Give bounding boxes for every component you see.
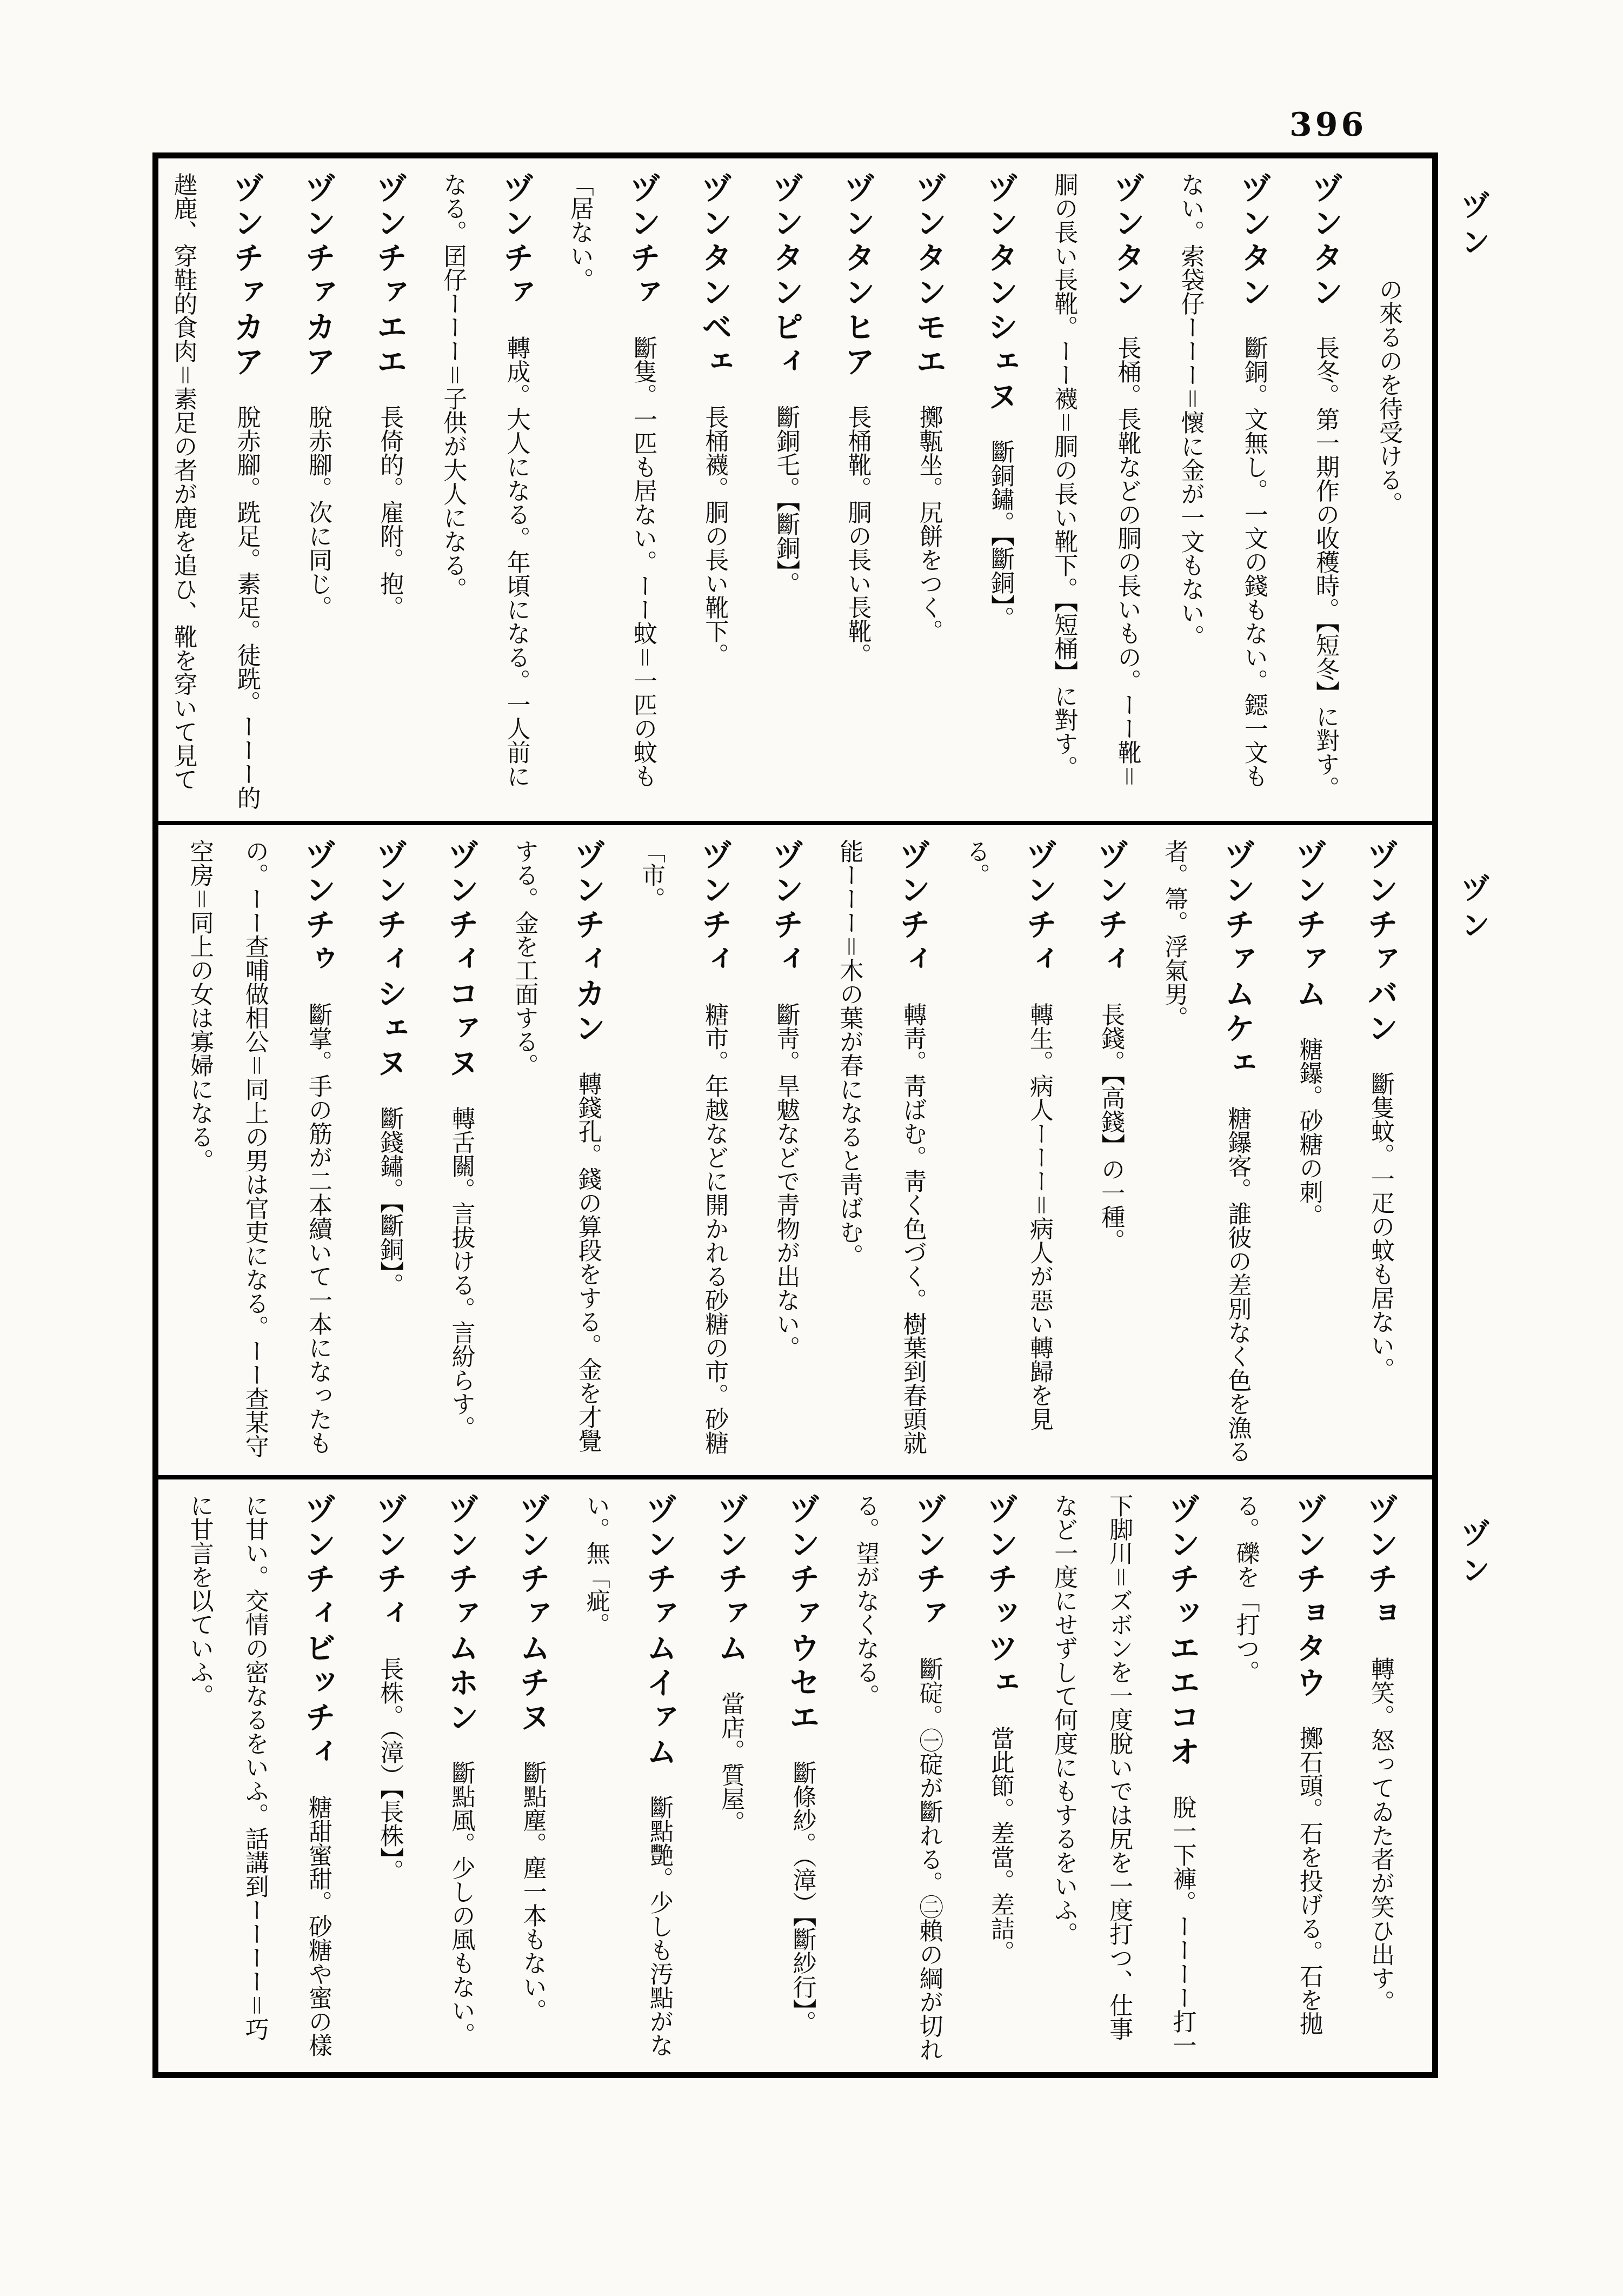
entry-definition: 擲甎坐。尻餅をつく。	[915, 405, 943, 643]
entry-headword: ヅンチァ	[498, 172, 534, 311]
entry-headword: ヅンチァエエ	[371, 172, 407, 380]
dictionary-entry: ヅンチァ斷碇。㊀碇が斷れる。㊁賴の綱が切れる。望がなくなる。	[838, 1494, 965, 2061]
entry-headword: ヅンタンヒア	[840, 172, 875, 380]
entry-headword: ヅンタン	[1307, 172, 1343, 311]
entry-headword: ヅンチィ	[1021, 839, 1057, 978]
entry-definition: 斷銅乇。【斷銅】。	[772, 405, 800, 595]
dictionary-entry: ヅンタン斷銅。文無し。一文の錢もない。鐚一文もない。索袋仔ーーー＝懷に金が一文も…	[1162, 172, 1289, 810]
entry-definition: 斷銅鏽。【斷銅】。	[987, 440, 1014, 630]
dictionary-entry: ヅンチァムホン斷點風。少しの風もない。	[425, 1494, 496, 2061]
entry-headword: ヅンチァ	[911, 1494, 947, 1632]
entry-headword: ヅンチゥ	[300, 839, 336, 978]
dictionary-entry: ヅンチァ轉成。大人になる。年頃になる。一人前になる。囝仔ーーー＝子供が大人になる…	[425, 172, 551, 810]
dictionary-section-bottom: ヅンチョ轉笑。怒ってゐた者が笑ひ出す。ヅンチョタウ擲石頭。石を投げる。石を拋る。…	[158, 1475, 1432, 2072]
dictionary-entry: ヅンチィ糖市。年越などに開かれる砂糖の市。砂糖「市。	[623, 839, 750, 1464]
entry-definition: 脫赤腳。次に同じ。	[304, 405, 332, 619]
entry-headword: ヅンタンシェヌ	[982, 172, 1018, 415]
dictionary-entry: ヅンチィ轉生。病人ーーー＝病人が惡い轉歸を見る。	[948, 839, 1075, 1464]
dictionary-entry: ヅンチィ轉靑。靑ばむ。靑く色づく。樹葉到春頭就能ーーー＝木の葉が春になると靑ばむ…	[821, 839, 948, 1464]
dictionary-entry: ヅンチァカア脫赤腳。跣足。素足。徒跣。ーーー的趖鹿、穿鞋的食肉＝素足の者が鹿を追…	[158, 172, 282, 810]
dictionary-entry: ヅンチョタウ擲石頭。石を投げる。石を拋る。礫を「打つ。	[1218, 1494, 1344, 2061]
margin-guide-bottom: ヅン	[1451, 1518, 1494, 1592]
entry-headword: ヅンチァムイァム	[641, 1494, 677, 1770]
entry-definition: 糖鑤。砂糖の刺。	[1295, 1037, 1323, 1227]
entry-definition: 當店。質屋。	[717, 1691, 744, 1834]
dictionary-entry: ヅンチィコァヌ轉舌關。言拔ける。言紛らす。	[425, 839, 496, 1464]
dictionary-entry: ヅンチィ斷靑。旱魃などで靑物が出ない。	[750, 839, 821, 1464]
entry-headword: ヅンチァカア	[300, 172, 336, 380]
dictionary-entry: ヅンタンモエ擲甎坐。尻餅をつく。	[893, 172, 965, 810]
dictionary-entry: ヅンチァエエ長倚的。雇附。抱。	[354, 172, 425, 810]
entry-headword: ヅンチァムホン	[443, 1494, 479, 1736]
entry-definition: 斷點風。少しの風もない。	[448, 1761, 475, 2046]
entry-headword: ヅンチィビッチィ	[300, 1494, 336, 1770]
entry-headword: ヅンチァムケェ	[1220, 839, 1255, 1081]
entry-headword: ヅンチッエエコオ	[1164, 1494, 1200, 1770]
dictionary-entry: の來るのを待受ける。	[1361, 172, 1416, 810]
dictionary-entry: ヅンタン長桶。長靴などの胴の長いもの。ーー靴＝胴の長い長靴。ーー襪＝胴の長い靴下…	[1036, 172, 1162, 810]
page-number: 396	[1289, 106, 1367, 144]
entry-headword: ヅンチァカア	[229, 172, 264, 380]
entry-headword: ヅンチッツェ	[982, 1494, 1018, 1701]
dictionary-entry: ヅンチァバン斷隻蚊。一疋の蚊も居ない。	[1345, 839, 1416, 1464]
dictionary-entry: ヅンチィビッチィ糖甜蜜甜。砂糖や蜜の樣に甘い。交情の密なるをいふ。話講到ーーーー…	[172, 1494, 354, 2061]
entry-headword: ヅンチィ	[768, 839, 803, 978]
dictionary-entry: ヅンチァム糖鑤。砂糖の刺。	[1273, 839, 1345, 1464]
dictionary-entry: ヅンチァカア脫赤腳。次に同じ。	[282, 172, 354, 810]
entry-definition: 轉舌關。言拔ける。言紛らす。	[448, 1106, 475, 1439]
entry-definition: 長冬。第一期作の收穫時。【短冬】に對す。	[1312, 336, 1339, 800]
entry-definition: 長錢。【高錢】の一種。	[1097, 1003, 1125, 1252]
entry-definition: の來るのを待受ける。	[1375, 277, 1402, 515]
dictionary-entry: ヅンチェン堂頂。法廷。審問する場所。	[158, 1494, 172, 2061]
entry-headword: ヅンチィカン	[570, 839, 606, 1047]
entry-definition: 長倚的。雇附。抱。	[376, 405, 403, 619]
dictionary-entry: ヅンチァム當店。質屋。	[695, 1494, 766, 2061]
entry-definition: 斷條紗。（漳）【斷紗行】。	[789, 1761, 816, 2034]
entry-headword: ヅンチァムチヌ	[515, 1494, 550, 1736]
entry-definition: 長桶襪。胴の長い靴下。	[701, 405, 728, 667]
dictionary-entry: ヅンチゥ斷掌。手の筋が二本續いて一本になったもの。ーー查哺做相公＝同上の男は官吏…	[172, 839, 354, 1464]
dictionary-entry: ヅンチッエエコオ脫一下褲。ーーーー打一下脚川＝ズボンを一度脫いでは尻を一度打つ、…	[1036, 1494, 1218, 2061]
page-frame: の來るのを待受ける。ヅンタン長冬。第一期作の收穫時。【短冬】に對す。ヅンタン斷銅…	[152, 152, 1438, 2078]
entry-headword: ヅンチョ	[1362, 1494, 1398, 1632]
entry-definition: 長株。（漳）【長株】。	[376, 1657, 403, 1883]
dictionary-entry: ヅンチァウセエ斷條紗。（漳）【斷紗行】。	[766, 1494, 837, 2061]
dictionary-entry: ヅンチィ長錢。【高錢】の一種。	[1075, 839, 1146, 1464]
dictionary-entry: ヅンタンピィ斷銅乇。【斷銅】。	[750, 172, 821, 810]
entry-definition: 斷錢鏽。【斷銅】。	[376, 1106, 403, 1297]
entry-definition: 斷靑。旱魃などで靑物が出ない。	[772, 1003, 800, 1359]
entry-definition: 長桶靴。胴の長い長靴。	[844, 405, 872, 667]
entry-headword: ヅンチィシェヌ	[371, 839, 407, 1081]
entry-headword: ヅンチァ	[625, 172, 661, 311]
entry-headword: ヅンチョタウ	[1291, 1494, 1327, 1701]
entry-headword: ヅンタン	[1109, 172, 1145, 311]
entry-headword: ヅンタンベェ	[696, 172, 732, 380]
dictionary-section-middle: ヅンチァバン斷隻蚊。一疋の蚊も居ない。ヅンチァム糖鑤。砂糖の刺。ヅンチァムケェ糖…	[158, 821, 1432, 1475]
dictionary-entry: ヅンチィシェヌ斷錢鏽。【斷銅】。	[354, 839, 425, 1464]
entry-headword: ヅンチァム	[713, 1494, 748, 1667]
entry-definition: 斷隻蚊。一疋の蚊も居ない。	[1367, 1072, 1394, 1381]
dictionary-entry: ヅンタン長冬。第一期作の收穫時。【短冬】に對す。	[1289, 172, 1361, 810]
entry-headword: ヅンチァバン	[1362, 839, 1398, 1047]
dictionary-entry: ヅンチィカン轉錢孔。錢の算段をする。金を才覺する。金を工面する。	[497, 839, 623, 1464]
dictionary-entry: ヅンチァムイァム斷點艷。少しも汚點がない。無「疵。	[568, 1494, 695, 2061]
entry-definition: 當此節。差當。差詰。	[987, 1726, 1014, 1964]
dictionary-entry: ヅンタンベェ長桶襪。胴の長い靴下。	[679, 172, 750, 810]
margin-guide-middle: ヅン	[1451, 873, 1494, 947]
entry-headword: ヅンタンモエ	[911, 172, 947, 380]
margin-guide-top: ヅン	[1451, 190, 1494, 264]
entry-headword: ヅンタンピィ	[768, 172, 803, 380]
dictionary-entry: ヅンチョ轉笑。怒ってゐた者が笑ひ出す。	[1345, 1494, 1416, 2061]
dictionary-section-top: の來るのを待受ける。ヅンタン長冬。第一期作の收穫時。【短冬】に對す。ヅンタン斷銅…	[158, 158, 1432, 821]
entry-headword: ヅンチィ	[371, 1494, 407, 1632]
entry-headword: ヅンタン	[1236, 172, 1272, 311]
entry-headword: ヅンチィ	[1093, 839, 1128, 978]
entry-headword: ヅンチァム	[1291, 839, 1327, 1012]
entry-headword: ヅンチィ	[895, 839, 930, 978]
dictionary-entry: ヅンタンシェヌ斷銅鏽。【斷銅】。	[965, 172, 1036, 810]
entry-headword: ヅンチィコァヌ	[443, 839, 479, 1081]
dictionary-entry: ヅンチゥ轉手。手をかへる。手を轉じる。	[158, 839, 172, 1464]
entry-definition: 轉笑。怒ってゐた者が笑ひ出す。	[1367, 1657, 1394, 2014]
dictionary-entry: ヅンチァムケェ糖鑤客。誰彼の差別なく色を漁る者。箒。浮氣男。	[1146, 839, 1273, 1464]
dictionary-entry: ヅンチァムチヌ斷點塵。塵一本もない。	[497, 1494, 568, 2061]
dictionary-entry: ヅンタンヒア長桶靴。胴の長い長靴。	[821, 172, 893, 810]
entry-headword: ヅンチァウセエ	[784, 1494, 820, 1736]
dictionary-entry: ヅンチァ斷隻。一匹も居ない。ーー蚊＝一匹の蚊も「居ない。	[552, 172, 679, 810]
entry-definition: 斷點塵。塵一本もない。	[519, 1761, 547, 2022]
entry-headword: ヅンチィ	[696, 839, 732, 978]
dictionary-entry: ヅンチィ長株。（漳）【長株】。	[354, 1494, 425, 2061]
dictionary-entry: ヅンチッツェ當此節。差當。差詰。	[965, 1494, 1036, 2061]
